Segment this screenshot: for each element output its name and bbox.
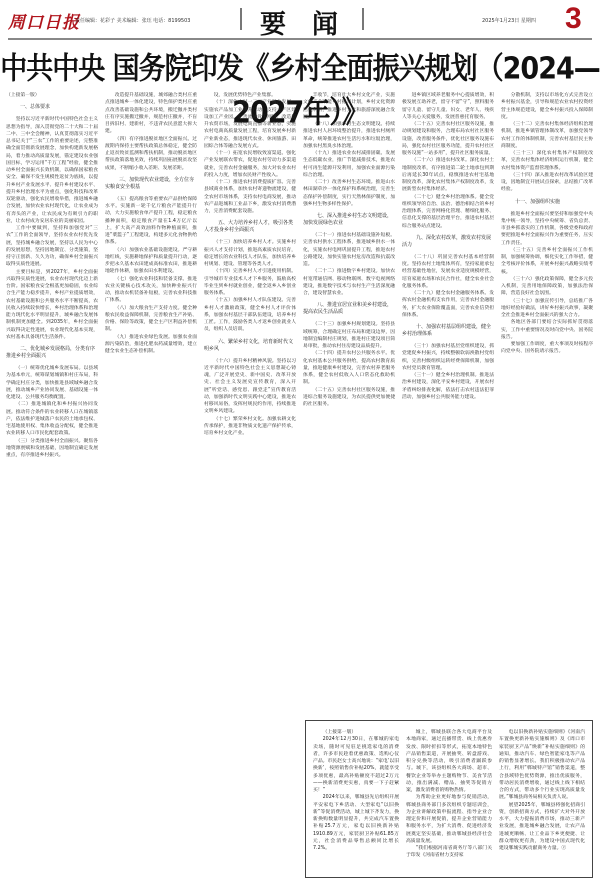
paragraph: 展望2025年，郸城县将强化招商引资，创新招商方式，持续扩大对外开放水平，大力提… [499,802,585,853]
paragraph: （二十）改善乡村生态环境。推进山水林田湖草沙一体化保护和系统治理，完善生态保护补… [303,179,395,208]
section-heading: 六、繁荣乡村文化，培育新时代文明乡风 [204,339,296,353]
paragraph: 分散机制，支持以市场化方式完善设立乡村振兴基金，引导和规范农业农村投资经营主体规… [501,92,593,121]
paragraph: （九）推进农业绿色发展。加强农业面源污染防治，推进化肥农药减量增效，建立健全农业… [105,334,197,356]
paragraph: （二十八）巩固完善农村基本经营制度。坚持农村土地集体所有，坚持家庭承包经营基础性… [402,254,494,290]
article-column-2: 改造提升基础设施，城郊融合类村庄重点推进城乡一体化建设，特色保护类村庄重点改善基… [105,92,197,877]
paragraph: （二十五）完善农村社区服务设施，推进综合服务设施建设，为农民提供更加便捷的社区服… [303,387,395,409]
inset-story-box: （上接第一版）2024年12月30日，在郸城的家电卖场，随时可见驻足挑选家电的消… [305,720,593,878]
paragraph: （二十七）健全乡村治理体系。健全党组织领导的自治、法治、德治相结合的乡村治理体系… [402,194,494,230]
paragraph: （三十五）完善乡村全面振兴工作机制，加强统筹协调，细化实化工作举措，健全考核评价… [501,247,593,276]
dateline: 2025年1月23日 星期四 [482,17,536,24]
continuation-note: （上接第一版） [313,729,399,736]
article-column-5: 进乡镇区域养老服务中心提质增效，积极发展互助养老，留守不留“守”，照料服务留守儿… [402,92,494,712]
inset-column-3: 电以旧换新补贴实施细则》《河南汽车置换更新补贴实施细则》及《周口市家装厨卫产品“… [499,729,585,874]
article-column-4: 丰收节，培育壮大乡村文化产业，实施文化产业赋能乡村振兴计划，乡村文化资源活化利用… [303,92,395,712]
section-heading: 七、深入推进乡村生态文明建设，加快发展绿色农业 [303,213,395,227]
paragraph: 要加强工作调度，重大事项及时按程序向党中央、国务院请示报告。 [501,341,593,356]
paragraph: （八）加大粮食生产支持力度。健全种粮农民收益保障机制，完善粮食生产补贴、价格、保… [105,305,197,334]
paragraph: （七）强化农业科技和装备支撑。推进农业关键核心技术攻关，加快种业振兴行动，推动农… [105,276,197,305]
masthead: 周口日报 责任编辑：花彩子 美术编辑：张珏 电话：8199503 要闻 2025… [0,0,600,38]
inset-column-2: 城上，郸城县联合各大电商平台及本地商家，通过直播带货、线上优惠券发放、限时折扣等… [406,729,492,874]
paragraph: 电以旧换新补贴实施细则》《河南汽车置换更新补贴实施细则》及《周口市家装厨卫产品“… [499,729,585,802]
paragraph: （十三）加快培养乡村人才。实施乡村振兴人才支持计划，推进高素质农民培育，稳定增长… [204,239,296,268]
paragraph: （三十一）健全乡村治理机制。推进法治乡村建设，深化平安乡村建设，开展农村矛盾纠纷… [402,372,494,401]
paragraph: （二十四）提升农村公共服务水平。优化农村基本公共服务供给，提高农村教育质量，推进… [303,350,395,386]
section-title: 要闻 [260,4,364,41]
paragraph: 进乡镇区域养老服务中心提质增效，积极发展互助养老，留守不留“守”，照料服务留守儿… [402,92,494,121]
paragraph: （三十七）加强宣传引导，总结推广各地好经验好做法，讲好乡村振兴故事，凝聚全社会推… [501,298,593,320]
divider [362,8,364,30]
article-column-6: 分散机制，支持以市场化方式完善设立乡村振兴基金，引导和规范农业农村投资经营主体规… [501,92,593,712]
paragraph: （十四）完善乡村人才引进使用机制。引导城市专业技术人才下乡服务，鼓励高校毕业生到… [204,268,296,297]
paragraph: （一）统筹优化城乡发展布局。以县域为基本单元，统筹谋划城镇和村庄布局，科学确定村… [6,365,98,401]
paragraph: （二十二）推进数字乡村建设。加快农村宽带通信网、移动物联网、数字电视网络建设，推… [303,268,395,297]
paragraph: 2024年12月30日，在郸城的家电卖场，随时可见驻足挑选家电的消费者，许多市民… [313,736,399,794]
paragraph: （二十九）健全农村金融服务体系。发挥农村金融机构支农作用，完善农村金融服务，扩大… [402,290,494,319]
paragraph: （五）提高粮食等重要农产品供给保障水平。实施新一轮千亿斤粮食产能提升行动，大力实… [105,196,197,247]
masthead-rule [8,38,592,40]
paragraph: （二）推进城镇化和乡村振兴协同发展。推动符合条件的农业转移人口在城镇落户，依法维… [6,401,98,437]
paragraph: （三十）加强农村基层党组织建设，抓党建促乡村振兴，持续整顿软弱涣散村党组织，完善… [402,343,494,372]
newspaper-logo: 周口日报 [8,8,80,33]
paragraph: （十七）繁荣乡村文化。加强农耕文化传承保护，推进非物质文化遗产保护传承，培育乡村… [204,416,296,438]
paragraph: （十）深化农村一二三产业融合发展。实施农产品加工业提升行动，支持主产区建设加工产… [204,99,296,150]
paragraph: （二十一）推进农村基础设施补短板。完善农村供水工程体系，推进城乡供水一体化，实施… [303,232,395,268]
paragraph: （十八）加强乡村生态文明建设。持续推进农村人居环境整治提升，推进农村厕所革命，统… [303,121,395,150]
section-heading: 一、总体要求 [6,104,98,111]
paragraph: （十一）拓宽农民增收致富渠道。强化产业发展联农带农，促进农村劳动力多渠道就业，完… [204,150,296,179]
divider [240,8,242,30]
paragraph: （三十六）强化政策保障，健全多元投入机制，完善用地保障政策，加强法治保障，营造良… [501,276,593,298]
section-heading: 二、优化城乡发展格局，分类有序推进乡村全面振兴 [6,346,98,360]
article-column-3: 设，发展优势特色产业集群。（十）深化农村一二三产业融合发展。实施农产品加工业提升… [204,92,296,877]
paragraph: （十六）提升乡村精神风貌。坚持以习近平新时代中国特色社会主义思想凝心铸魂，广泛开… [204,358,296,416]
paragraph: 为帮助企业更好地参与促销活动，郸城县商务部门多次组织专题培训会，为企业讲解政策申… [406,794,492,845]
paragraph: 主要目标是，到2027年，乡村全面振兴取得实质性进展，农业农村现代化迈上新台阶。… [6,269,98,342]
paragraph: （十二）推进农村消费提质扩容。完善县域商业体系，加快农村寄递物流建设，健全农村市… [204,179,296,215]
paragraph: （三十二）完善农村集体经济组织治理机制，推进乡镇管理体制改革，加强党领导农村工作… [501,121,593,150]
inset-column-1: （上接第一版）2024年12月30日，在郸城的家电卖场，随时可见驻足挑选家电的消… [313,729,399,874]
paragraph: 2024年以来，郸城县先后组织开展平安家电下乡活动、大型家电“以旧换新”等促消费… [313,794,399,852]
paragraph: （二十六）推进农村改革。深化农村土地制度改革，有序推进第二轮土地承包到期后再延长… [402,157,494,193]
paragraph: 各地区各部门要结合实际抓好贯彻落实，工作中重要情况及时向党中央、国务院报告。 [501,319,593,341]
section-heading: 十、加强农村基层组织建设，健全乡村治理体系 [402,324,494,338]
paragraph: 城上，郸城县联合各大电商平台及本地商家，通过直播带货、线上优惠券发放、限时折扣等… [406,729,492,794]
paragraph: （十九）推进农业农村减排固碳。发展生态低碳农业，推广节能减排技术，推进农村可再生… [303,150,395,179]
section-heading: 十一、加强组织实施 [501,199,593,206]
paragraph: （十五）加强乡村人才队伍建设。完善乡村人才激励政策，健全乡村人才评价体系，加强农… [204,297,296,333]
paragraph: 设，发展优势特色产业集群。 [204,92,296,99]
paragraph: （三十三）深化农村集体产权制度改革，完善农村集体经济组织运行机制，健全农村集体资… [501,150,593,172]
section-heading: 五、大力培养乡村人才，吸引各类人才投身乡村全面振兴 [204,220,296,234]
paragraph: 工作中要做到，坚持和加强党对“三农”工作的全面领导，坚持农业农村优先发展，坚持城… [6,225,98,269]
paragraph: （四）有序推进脱贫地区全面振兴。过渡期内保持主要帮扶政策总体稳定，健全防止返贫致… [105,136,197,172]
paragraph: 改造提升基础设施，城郊融合类村庄重点推进城乡一体化建设，特色保护类村庄重点改善基… [105,92,197,136]
paragraph: “我们根据河南省商务厅等八部门关于印发《河南省财力支持家 [406,845,492,860]
paragraph: 丰收节，培育壮大乡村文化产业，实施文化产业赋能乡村振兴计划，乡村文化资源活化利用… [303,92,395,121]
paragraph: （三）分类推进乡村全面振兴。聚焦各地资源禀赋和发展基础，因地制宜确定发展重点，有… [6,438,98,460]
paragraph: 坚持以习近平新时代中国特色社会主义思想为指导，深入贯彻党的二十大和二十届二中、三… [6,116,98,225]
editor-credits: 责任编辑：花彩子 美术编辑：张珏 电话：8199503 [75,17,190,24]
article-column-1: （上接第一版）一、总体要求坚持以习近平新时代中国特色社会主义思想为指导，深入贯彻… [6,92,98,877]
paragraph: （二十五）完善农村社区服务设施，推动规划建设和服务，合理布局农村社区服务设施，改… [402,121,494,157]
paragraph: 推进乡村全面振兴要坚持和加强党中央集中统一领导，坚持中央统筹、省负总责、市县乡抓… [501,211,593,247]
section-heading: 三、加快现代农业建设，全方位夯实粮食安全根基 [105,177,197,191]
paragraph: （六）加强农业基础设施建设。严守耕地红线，实施耕地保护和质量提升行动，逐步把永久… [105,247,197,276]
paragraph: （三十四）深入推进农村改革试验区建设，因地制宜开展试点探索，总结推广改革经验。 [501,172,593,194]
section-heading: 八、推进宜居宜业和美乡村建设，提高农民生活品质 [303,302,395,316]
paragraph: （二十三）加强乡村规划建设。坚持县域统筹，合理确定村庄布局和建设边界，因地制宜编… [303,321,395,350]
continuation-note: （上接第一版） [6,92,98,99]
page-number: 3 [565,2,582,36]
section-heading: 九、深化农村改革，激发农村发展活力 [402,235,494,249]
